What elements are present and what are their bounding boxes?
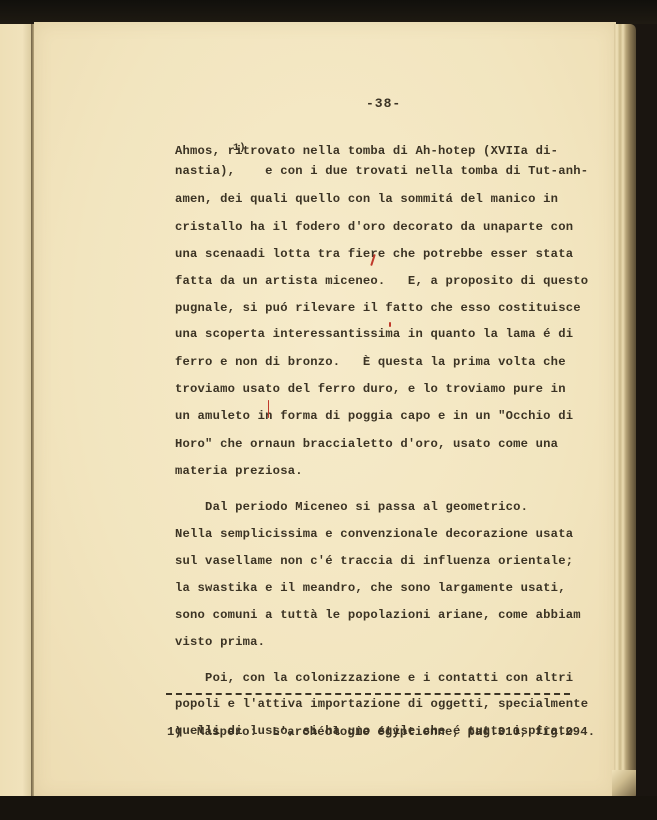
footnote-divider: [166, 693, 570, 695]
text-line: amen, dei quali quello con la sommitá de…: [175, 192, 558, 206]
text-line: sul vasellame non c'é traccia di influen…: [175, 554, 573, 568]
scanned-book-page: -38- 1) Ahmos, ritrovato nella tomba di …: [0, 0, 657, 820]
text-line: pugnale, si puó rilevare il fatto che es…: [175, 301, 581, 315]
scan-background-top: [0, 0, 657, 24]
text-line: un amuleto in forma di poggia capo e in …: [175, 409, 573, 423]
text-line: Ahmos, ritrovato nella tomba di Ah-hotep…: [175, 144, 558, 158]
red-pencil-mark: [268, 400, 269, 418]
footnote: 1) Maspero: L'archéologie égyptienne, pa…: [167, 725, 595, 739]
text-line: una scoperta interessantissima in quanto…: [175, 327, 573, 341]
text-line: cristallo ha il fodero d'oro decorato da…: [175, 220, 573, 234]
text-line: nastia), e con i due trovati nella tomba…: [175, 164, 588, 178]
red-pencil-mark: [389, 322, 391, 327]
text-line: materia preziosa.: [175, 464, 303, 478]
text-line: Nella semplicissima e convenzionale deco…: [175, 527, 573, 541]
text-line: fatta da un artista miceneo. E, a propos…: [175, 274, 588, 288]
text-line: sono comuni a tuttà le popolazioni arian…: [175, 608, 581, 622]
text-line: troviamo usato del ferro duro, e lo trov…: [175, 382, 566, 396]
text-line: ferro e non di bronzo. È questa la prima…: [175, 355, 566, 369]
text-line: la swastika e il meandro, che sono larga…: [175, 581, 566, 595]
page-number: -38-: [366, 96, 401, 111]
text-line: visto prima.: [175, 635, 265, 649]
text-line: Poi, con la colonizzazione e i contatti …: [175, 671, 573, 685]
text-line: Dal periodo Miceneo si passa al geometri…: [175, 500, 528, 514]
text-line: popoli e l'attiva importazione di oggett…: [175, 697, 588, 711]
text-line: Horo" che ornaun braccialetto d'oro, usa…: [175, 437, 558, 451]
page-stack-edges: [614, 24, 636, 800]
scan-background-bottom: [0, 796, 657, 820]
facing-page-edge: [0, 24, 33, 796]
